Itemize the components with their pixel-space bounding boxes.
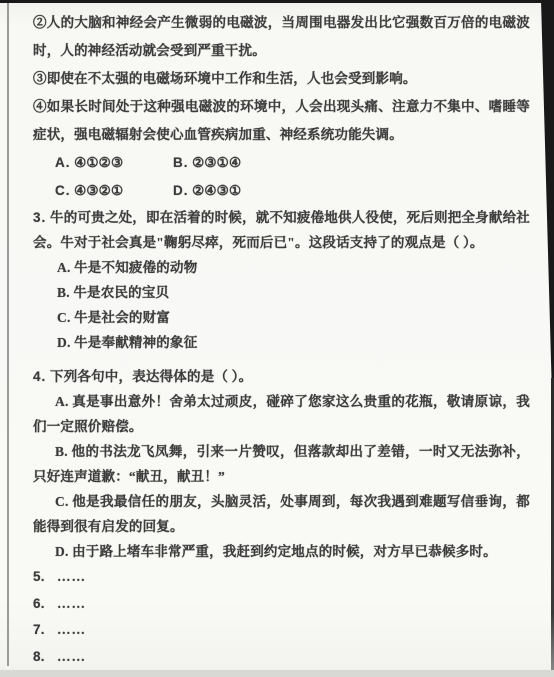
- scan-edge-top: [0, 0, 554, 3]
- question-3-block: 3.牛的可贵之处，即在活着的时候，就不知疲倦地供人役使，死后则把全身献给社会。牛…: [33, 205, 530, 355]
- ellipsis: ……: [57, 622, 86, 637]
- q4-option-c: C. 他是我最信任的朋友，头脑灵活，处事周到，每次我遇到难题写信垂询，都能得到很…: [33, 489, 530, 539]
- scan-edge-right: [541, 0, 554, 380]
- statement-circle3: ③即使在不太强的电磁场环境中工作和生活，人也会受到影响。: [33, 65, 530, 93]
- ellipsis: ……: [57, 649, 86, 664]
- q3-option-b: B. 牛是农民的宝贝: [57, 280, 530, 305]
- scan-edge-bottom: [0, 670, 554, 677]
- item-number: 6.: [33, 591, 57, 618]
- option-label: B.: [173, 155, 189, 170]
- placeholder-item-8: 8.……: [33, 644, 530, 671]
- option-label: D.: [173, 183, 189, 198]
- q2-option-d: D. ②④③①: [173, 177, 291, 205]
- q3-option-c: C. 牛是社会的财富: [57, 305, 530, 330]
- option-label: C.: [55, 183, 71, 198]
- q2-option-b: B. ②③①④: [173, 149, 291, 177]
- q4-option-d: D. 由于路上堵车非常严重，我赶到约定地点的时候，对方早已恭候多时。: [33, 539, 530, 564]
- placeholder-items-block: 5.…… 6.…… 7.…… 8.……: [33, 564, 530, 670]
- statement-circle2: ②人的大脑和神经会产生微弱的电磁波，当周围电器发出比它强数百万倍的电磁波时，人的…: [33, 9, 530, 65]
- q4-option-b: B. 他的书法龙飞凤舞，引来一片赞叹，但落款却出了差错，一时又无法弥补，只好连声…: [33, 439, 530, 489]
- q2-option-a: A. ④①②③: [55, 149, 173, 177]
- question-2-block: ②人的大脑和神经会产生微弱的电磁波，当周围电器发出比它强数百万倍的电磁波时，人的…: [33, 9, 530, 205]
- option-sequence: ④①②③: [74, 155, 123, 170]
- scan-edge-left: [7, 3, 9, 666]
- ellipsis: ……: [57, 569, 86, 584]
- q2-options-row-1: A. ④①②③B. ②③①④: [55, 149, 530, 177]
- item-number: 7.: [33, 617, 57, 644]
- q3-option-a: A. 牛是不知疲倦的动物: [57, 255, 530, 280]
- q3-stem: 3.牛的可贵之处，即在活着的时候，就不知疲倦地供人役使，死后则把全身献给社会。牛…: [33, 205, 530, 255]
- placeholder-item-6: 6.……: [33, 591, 530, 618]
- q4-option-a: A. 真是事出意外！舍弟太过顽皮，碰碎了您家这么贵重的花瓶，敬请原谅，我们一定照…: [33, 389, 530, 439]
- q3-option-d: D. 牛是奉献精神的象征: [57, 330, 530, 355]
- question-number: 4.: [33, 364, 50, 389]
- item-number: 5.: [33, 564, 57, 591]
- statement-circle4: ④如果长时间处于这种强电磁波的环境中，人会出现头痛、注意力不集中、嗜睡等症状，强…: [33, 93, 530, 149]
- q4-stem: 4.下列各句中，表达得体的是（ ）。: [33, 364, 530, 389]
- q2-option-c: C. ④③②①: [55, 177, 173, 205]
- question-4-block: 4.下列各句中，表达得体的是（ ）。 A. 真是事出意外！舍弟太过顽皮，碰碎了您…: [33, 364, 530, 564]
- placeholder-item-5: 5.……: [33, 564, 530, 591]
- document-content: ②人的大脑和神经会产生微弱的电磁波，当周围电器发出比它强数百万倍的电磁波时，人的…: [33, 9, 530, 670]
- q3-stem-text: 牛的可贵之处，即在活着的时候，就不知疲倦地供人役使，死后则把全身献给社会。牛对于…: [33, 210, 530, 250]
- item-number: 8.: [33, 644, 57, 671]
- option-sequence: ②③①④: [192, 155, 241, 170]
- ellipsis: ……: [57, 596, 86, 611]
- q2-options-row-2: C. ④③②①D. ②④③①: [55, 177, 530, 205]
- option-sequence: ④③②①: [74, 183, 123, 198]
- option-label: A.: [55, 155, 71, 170]
- q4-stem-text: 下列各句中，表达得体的是（ ）。: [50, 369, 252, 384]
- placeholder-item-7: 7.……: [33, 617, 530, 644]
- question-number: 3.: [33, 205, 50, 230]
- scanned-exam-page: ②人的大脑和神经会产生微弱的电磁波，当周围电器发出比它强数百万倍的电磁波时，人的…: [0, 0, 554, 677]
- option-sequence: ②④③①: [192, 183, 241, 198]
